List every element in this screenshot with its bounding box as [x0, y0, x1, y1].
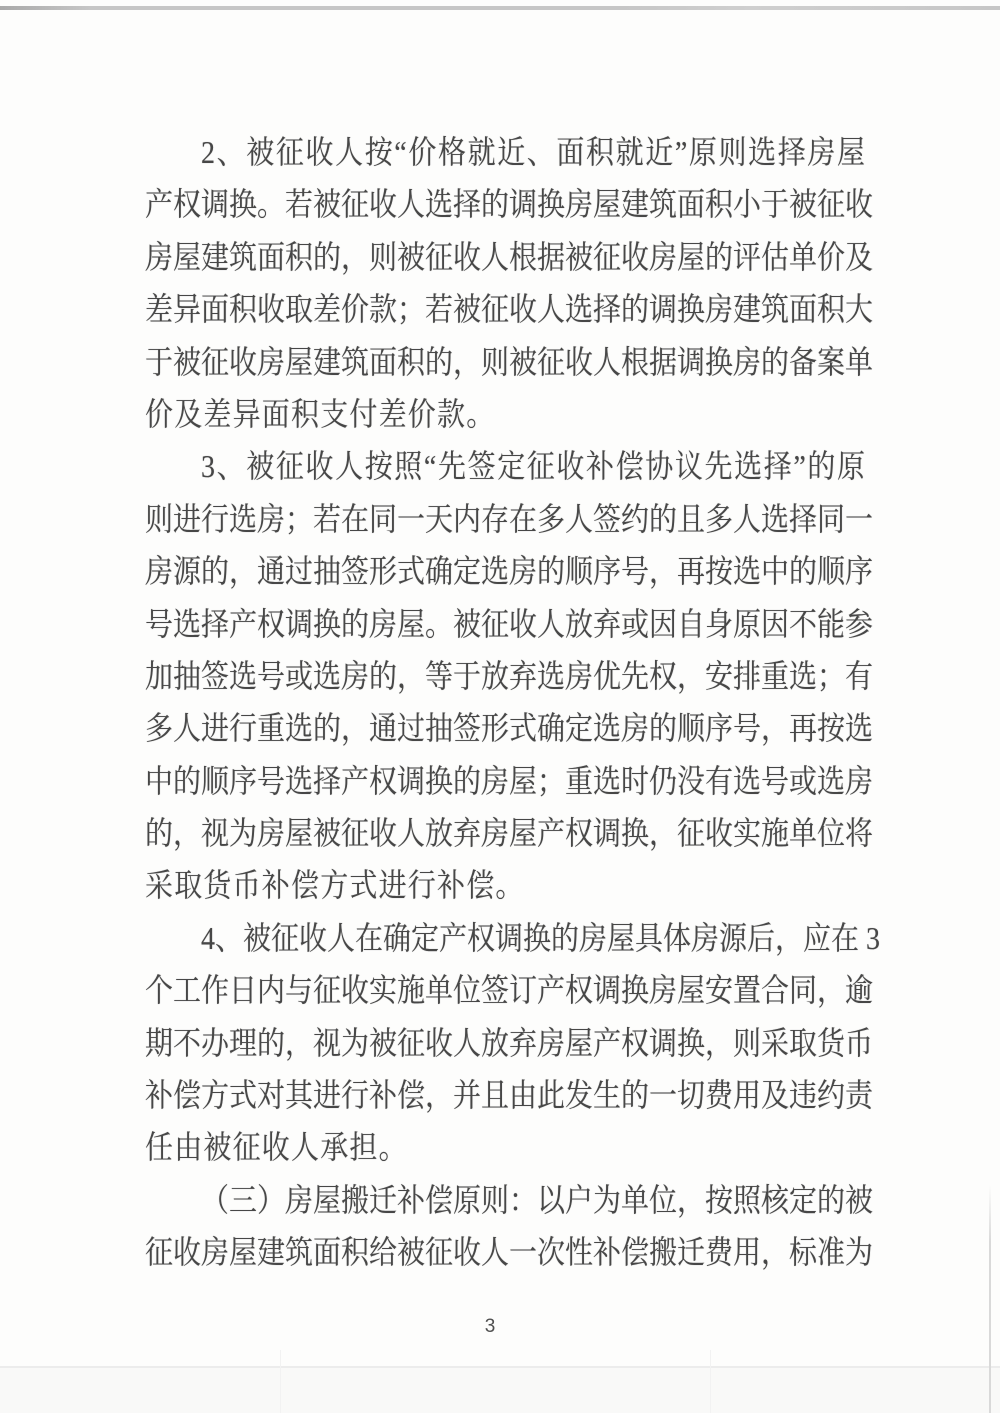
paragraph: 4、被征收人在确定产权调换的房屋具体房源后，应在 3 个工作日内与征收实施单位签… — [145, 914, 865, 1176]
text-line: 中的顺序号选择产权调换的房屋；重选时仍没有选号或选房 — [145, 753, 865, 813]
text-line: 房屋建筑面积的，则被征收人根据被征收房屋的评估单价及 — [145, 229, 865, 289]
text-line: 产权调换。若被征收人选择的调换房屋建筑面积小于被征收 — [145, 177, 865, 237]
text-line: 采取货币补偿方式进行补偿。 — [145, 858, 865, 918]
text-line: 2、被征收人按“价格就近、面积就近”原则选择房屋 — [145, 124, 865, 184]
text-line: 则进行选房；若在同一天内存在多人签约的且多人选择同一 — [145, 491, 865, 551]
scan-artifact-right-line — [989, 1185, 991, 1413]
paragraph: 2、被征收人按“价格就近、面积就近”原则选择房屋 产权调换。若被征收人选择的调换… — [145, 128, 865, 442]
text-line: （三）房屋搬迁补偿原则：以户为单位，按照核定的被 — [145, 1172, 865, 1232]
scan-artifact-streak — [710, 1350, 711, 1413]
text-line: 的，视为房屋被征收人放弃房屋产权调换，征收实施单位将 — [145, 805, 865, 865]
text-line: 个工作日内与征收实施单位签订产权调换房屋安置合同，逾 — [145, 963, 865, 1023]
scan-artifact-streak — [280, 1350, 281, 1413]
text-line: 补偿方式对其进行补偿，并且由此发生的一切费用及违约责 — [145, 1067, 865, 1127]
text-line: 多人进行重选的，通过抽签形式确定选房的顺序号，再按选 — [145, 701, 865, 761]
text-line: 于被征收房屋建筑面积的，则被征收人根据调换房的备案单 — [145, 334, 865, 394]
text-line: 征收房屋建筑面积给被征收人一次性补偿搬迁费用，标准为 — [145, 1225, 865, 1285]
paragraph: 3、被征收人按照“先签定征收补偿协议先选择”的原 则进行选房；若在同一天内存在多… — [145, 442, 865, 914]
page-number: 3 — [0, 1316, 980, 1338]
text-line: 房源的，通过抽签形式确定选房的顺序号，再按选中的顺序 — [145, 543, 865, 603]
scan-artifact-bottom-strip — [0, 1368, 1000, 1413]
paragraph: （三）房屋搬迁补偿原则：以户为单位，按照核定的被 征收房屋建筑面积给被征收人一次… — [145, 1176, 865, 1281]
text-line: 号选择产权调换的房屋。被征收人放弃或因自身原因不能参 — [145, 596, 865, 656]
text-line: 价及差异面积支付差价款。 — [145, 386, 865, 446]
text-line: 4、被征收人在确定产权调换的房屋具体房源后，应在 3 — [145, 910, 865, 970]
scan-artifact-top-line — [0, 6, 1000, 10]
text-line: 任由被征收人承担。 — [145, 1120, 865, 1180]
text-line: 3、被征收人按照“先签定征收补偿协议先选择”的原 — [145, 439, 865, 499]
text-line: 差异面积收取差价款；若被征收人选择的调换房建筑面积大 — [145, 282, 865, 342]
document-page: 2、被征收人按“价格就近、面积就近”原则选择房屋 产权调换。若被征收人选择的调换… — [0, 0, 1000, 1413]
text-line: 期不办理的，视为被征收人放弃房屋产权调换，则采取货币 — [145, 1015, 865, 1075]
text-line: 加抽签选号或选房的，等于放弃选房优先权，安排重选；有 — [145, 648, 865, 708]
document-body: 2、被征收人按“价格就近、面积就近”原则选择房屋 产权调换。若被征收人选择的调换… — [145, 128, 865, 1281]
